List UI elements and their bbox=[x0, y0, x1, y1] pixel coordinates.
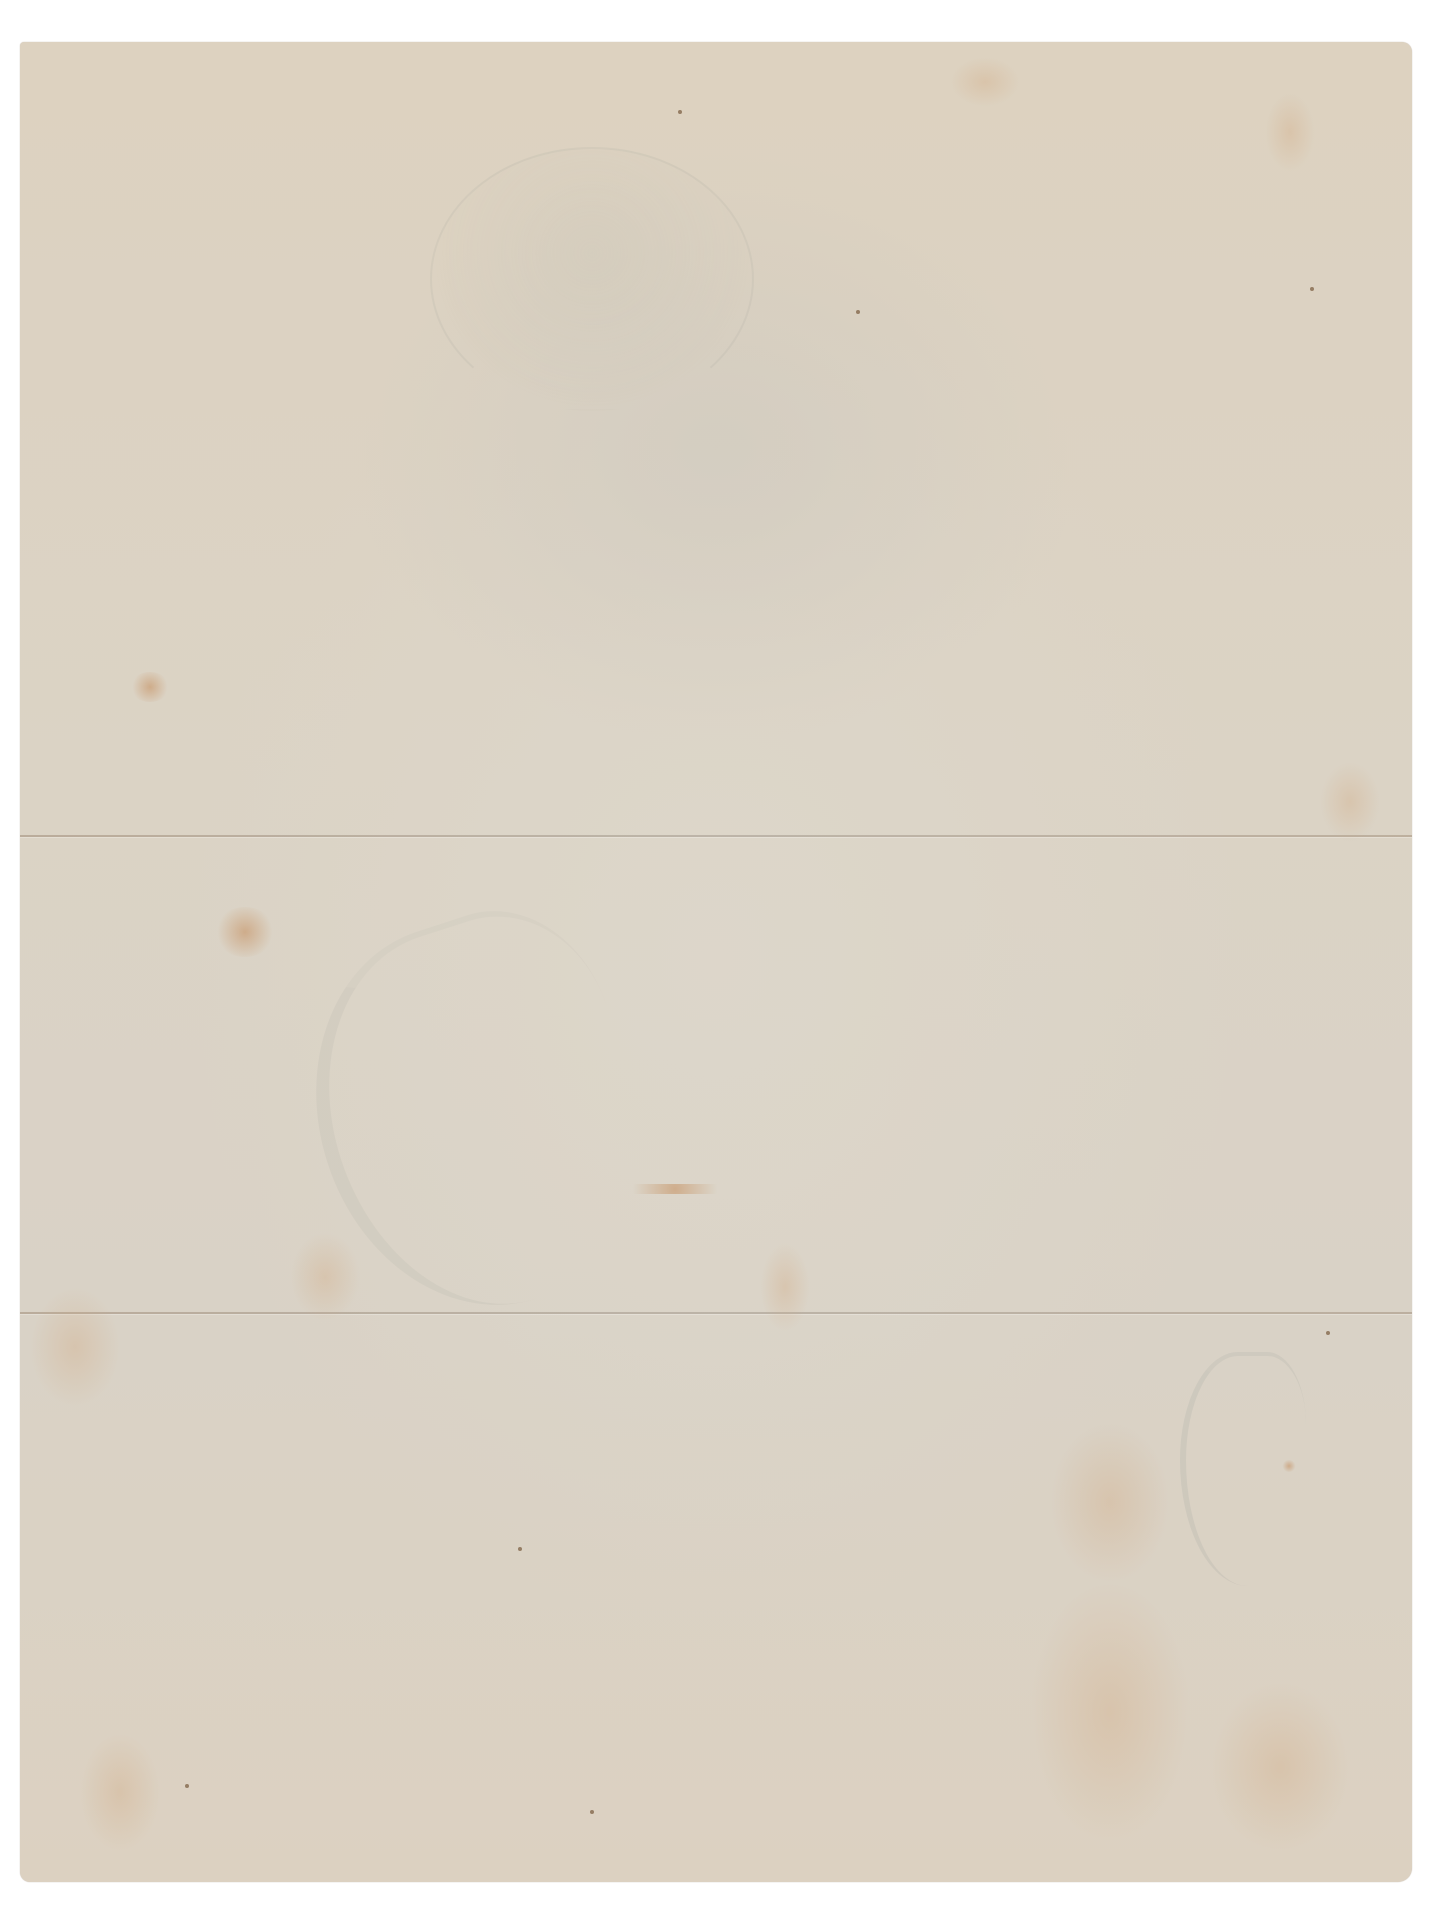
foxing-stain bbox=[130, 672, 170, 702]
foxing-stain bbox=[1320, 762, 1380, 842]
show-through-arc-right bbox=[1180, 1352, 1306, 1586]
foxing-stain bbox=[760, 1242, 810, 1332]
show-through-oval bbox=[430, 147, 754, 411]
paper-speck bbox=[1310, 287, 1314, 291]
paper-speck bbox=[1326, 1331, 1330, 1335]
paper-speck bbox=[185, 1784, 189, 1788]
foxing-stain bbox=[615, 1184, 735, 1194]
foxing-stain bbox=[1265, 92, 1315, 172]
paper-speck bbox=[518, 1547, 522, 1551]
fold-crease-lower bbox=[20, 1312, 1412, 1314]
foxing-stain bbox=[1050, 1422, 1170, 1582]
paper-speck bbox=[678, 110, 682, 114]
paper-sheet bbox=[20, 42, 1412, 1882]
foxing-stain bbox=[1210, 1682, 1350, 1852]
show-through-arc-left bbox=[268, 883, 686, 1347]
foxing-stain bbox=[1282, 1460, 1296, 1472]
paper-speck bbox=[590, 1810, 594, 1814]
foxing-stain bbox=[950, 57, 1020, 107]
foxing-stain bbox=[30, 1287, 120, 1407]
foxing-stain bbox=[290, 1232, 360, 1322]
paper-speck bbox=[856, 310, 860, 314]
foxing-stain bbox=[80, 1732, 160, 1852]
foxing-stain bbox=[215, 907, 275, 957]
foxing-stain bbox=[1030, 1582, 1190, 1842]
fold-crease-upper bbox=[20, 835, 1412, 837]
